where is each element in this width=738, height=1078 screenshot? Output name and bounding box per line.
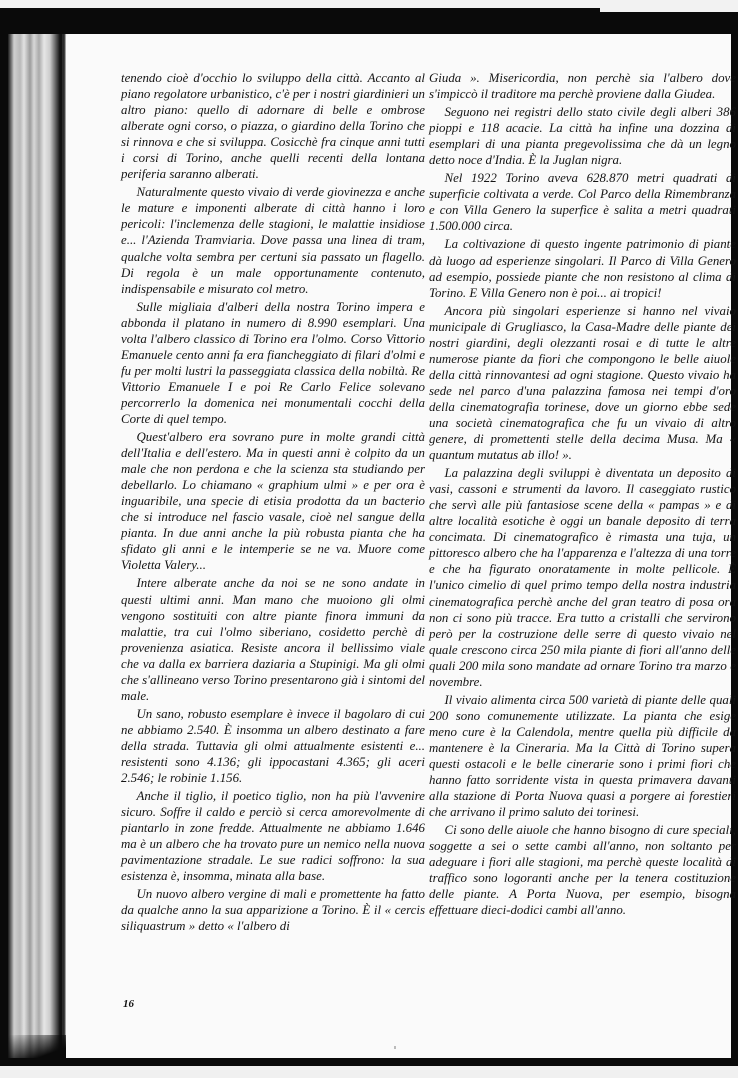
paragraph: La coltivazione di questo ingente patrim… <box>429 236 736 300</box>
scan-background-bottom <box>0 1066 738 1078</box>
paragraph: Seguono nei registri dello stato civile … <box>429 104 736 168</box>
paragraph: Quest'albero era sovrano pure in molte g… <box>121 429 425 573</box>
scan-frame-notch <box>600 0 738 12</box>
paragraph: Ci sono delle aiuole che hanno bisogno d… <box>429 822 736 918</box>
paragraph: tenendo cioè d'occhio lo sviluppo della … <box>121 70 425 182</box>
paragraph: Il vivaio alimenta circa 500 varietà di … <box>429 692 736 820</box>
scan-frame-top <box>0 12 738 34</box>
scan-frame-bottom <box>0 1058 738 1066</box>
page-number: 16 <box>123 998 134 1010</box>
paragraph: La palazzina degli sviluppi è diventata … <box>429 465 736 690</box>
paragraph: Sulle migliaia d'alberi della nostra Tor… <box>121 299 425 427</box>
paragraph: Naturalmente questo vivaio di verde giov… <box>121 184 425 296</box>
text-column-left: tenendo cioè d'occhio lo sviluppo della … <box>121 70 425 936</box>
paragraph: Intere alberate anche da noi se ne sono … <box>121 575 425 703</box>
paragraph: Un nuovo albero vergine di mali e promet… <box>121 886 425 934</box>
paragraph: Giuda ». Misericordia, non perchè sia l'… <box>429 70 736 102</box>
book-spine-edge <box>8 34 66 1058</box>
spine-gutter-line <box>62 34 64 1058</box>
paragraph: Anche il tiglio, il poetico tiglio, non … <box>121 788 425 884</box>
magazine-page: tenendo cioè d'occhio lo sviluppo della … <box>66 34 731 1058</box>
scan-frame-left <box>0 12 8 1066</box>
scan-speck <box>394 1046 396 1049</box>
paragraph: Nel 1922 Torino aveva 628.870 metri quad… <box>429 170 736 234</box>
paragraph: Un sano, robusto esemplare è invece il b… <box>121 706 425 786</box>
text-column-right: Giuda ». Misericordia, non perchè sia l'… <box>429 70 736 920</box>
paragraph: Ancora più singolari esperienze si hanno… <box>429 303 736 463</box>
